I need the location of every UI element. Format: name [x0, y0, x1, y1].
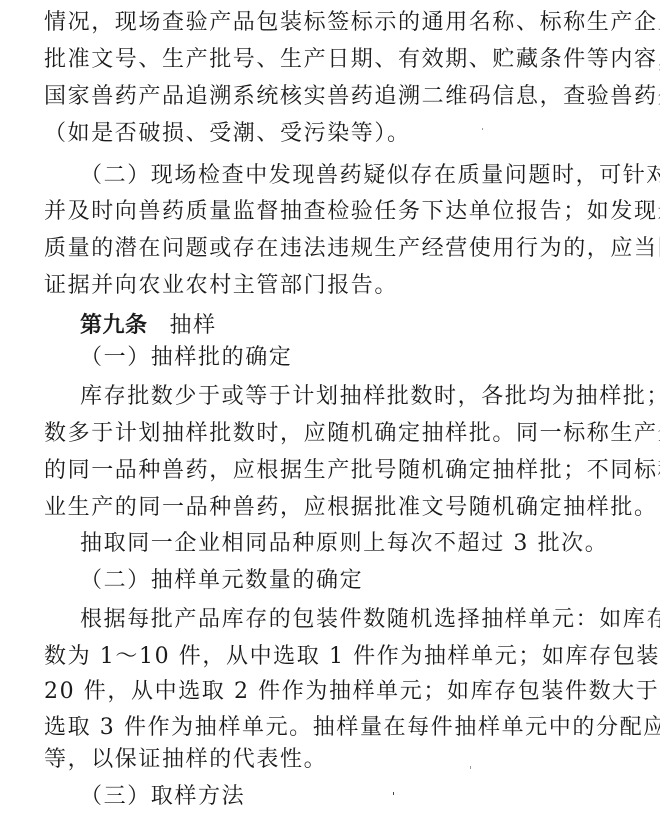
section-heading: （三）取样方法	[80, 782, 616, 812]
section-heading: （二）抽样单元数量的确定	[80, 566, 616, 596]
paragraph-line: 数多于计划抽样批数时，应随机确定抽样批。同一标称生产企业生产	[44, 419, 616, 449]
paragraph-line: （二）现场检查中发现兽药疑似存在质量问题时，可针对性抽样·	[80, 161, 616, 191]
paragraph-line: 等，以保证抽样的代表性。	[44, 745, 616, 775]
paragraph-line: 业生产的同一品种兽药，应根据批准文号随机确定抽样批。	[44, 493, 616, 523]
scan-speck	[393, 792, 394, 795]
article-number: 第九条	[80, 313, 148, 338]
paragraph-line: 国家兽药产品追溯系统核实兽药追溯二维码信息，查验兽药外观包装	[44, 82, 616, 112]
paragraph-line: 并及时向兽药质量监督抽查检验任务下达单位报告；如发现影响兽药	[44, 197, 616, 227]
paragraph-line: 根据每批产品库存的包装件数随机选择抽样单元：如库存包装件	[80, 605, 616, 635]
scan-speck	[482, 128, 483, 130]
paragraph-line: 20 件，从中选取 2 件作为抽样单元；如库存包装件数大于 20 件，从中	[44, 677, 616, 707]
article-title: 抽样	[170, 313, 217, 338]
paragraph-line: 的同一品种兽药，应根据生产批号随机确定抽样批；不同标称生产企	[44, 456, 616, 486]
section-heading: （一）抽样批的确定	[80, 343, 616, 373]
scan-speck	[470, 766, 471, 769]
paragraph-line: 质量的潜在问题或存在违法违规生产经营使用行为的，应当固定相关	[44, 234, 616, 264]
paragraph-line: 证据并向农业农村主管部门报告。	[44, 271, 616, 301]
paragraph-line: （如是否破损、受潮、受污染等）。	[44, 119, 616, 149]
paragraph-line: 抽取同一企业相同品种原则上每次不超过 3 批次。	[80, 529, 616, 559]
document-page: 情况，现场查验产品包装标签标示的通用名称、标称生产企业名称、 批准文号、生产批号…	[0, 0, 660, 819]
article-heading: 第九条抽样	[80, 311, 616, 341]
paragraph-line: 情况，现场查验产品包装标签标示的通用名称、标称生产企业名称、	[44, 8, 616, 38]
paragraph-line: 选取 3 件作为抽样单元。抽样量在每件抽样单元中的分配应当大致相	[44, 713, 616, 743]
paragraph-line: 库存批数少于或等于计划抽样批数时，各批均为抽样批；库存批	[80, 382, 616, 412]
paragraph-line: 批准文号、生产批号、生产日期、有效期、贮藏条件等内容，并通过	[44, 45, 616, 75]
paragraph-line: 数为 1～10 件，从中选取 1 件作为抽样单元；如库存包装件数为 11～	[44, 642, 616, 672]
